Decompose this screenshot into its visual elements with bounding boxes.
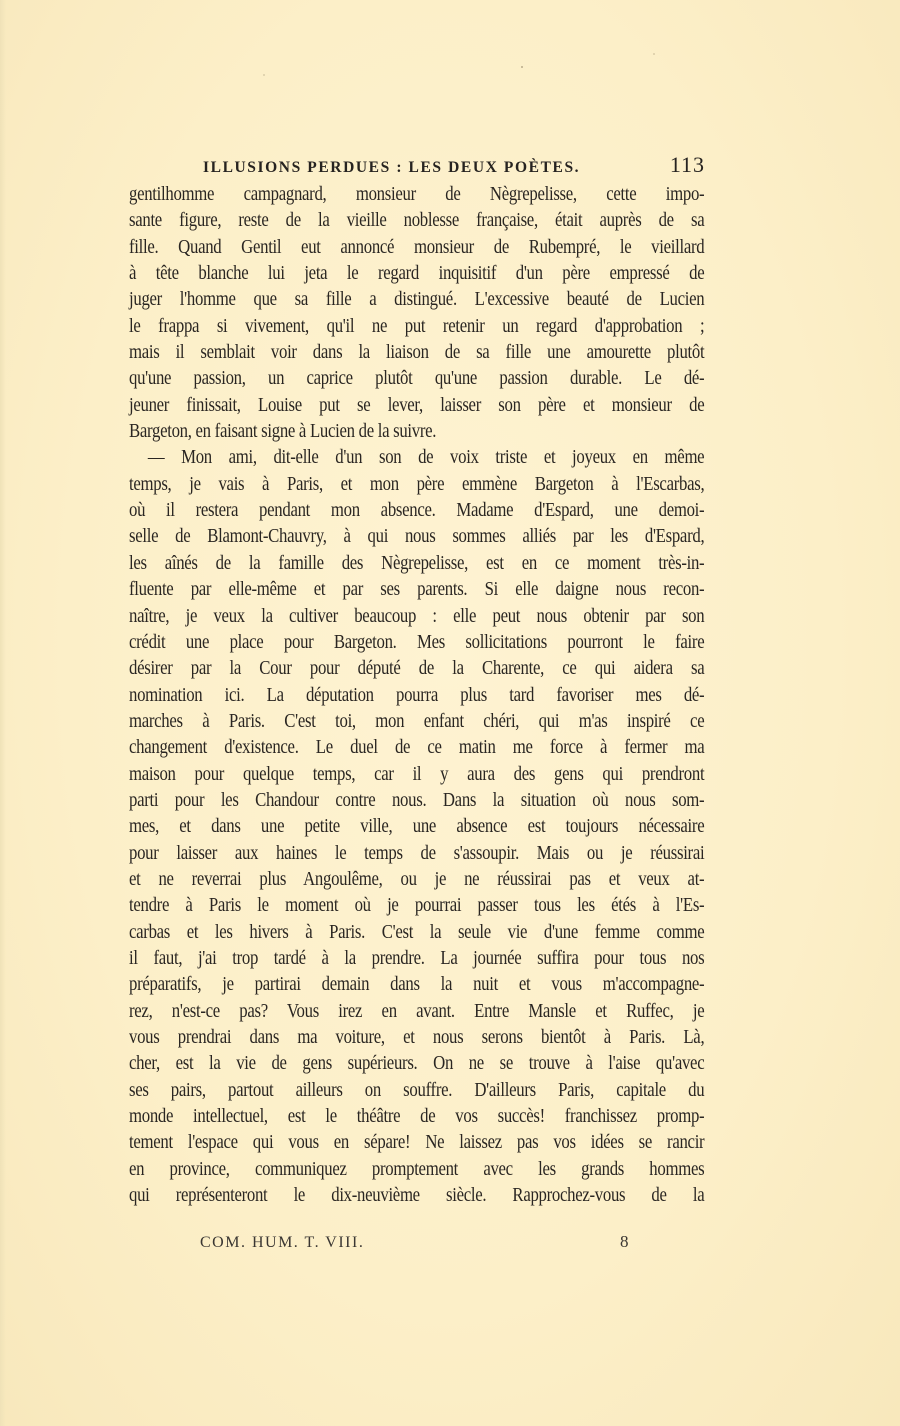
text-line: ses pairs, partout ailleurs on souffre. … bbox=[129, 1078, 704, 1104]
text-line: crédit une place pour Bargeton. Mes soll… bbox=[129, 630, 704, 656]
page-edge bbox=[0, 0, 6, 1426]
text-line: carbas et les hivers à Paris. C'est la s… bbox=[129, 920, 704, 946]
text-line: les aînés de la famille des Nègrepelisse… bbox=[129, 551, 704, 577]
text-line: changement d'existence. Le duel de ce ma… bbox=[129, 735, 704, 761]
text-line: tendre à Paris le moment où je pourrai p… bbox=[129, 893, 704, 919]
text-line: rez, n'est-ce pas? Vous irez en avant. E… bbox=[129, 999, 704, 1025]
text-line: gentilhomme campagnard, monsieur de Nègr… bbox=[129, 182, 704, 208]
text-line: juger l'homme que sa fille a distingué. … bbox=[129, 287, 704, 313]
text-line: il faut, j'ai trop tardé à la prendre. L… bbox=[129, 946, 704, 972]
body-text: gentilhomme campagnard, monsieur de Nègr… bbox=[129, 182, 705, 1209]
running-head-title: ILLUSIONS PERDUES : LES DEUX POÈTES. bbox=[203, 159, 580, 177]
text-line: où il restera pendant mon absence. Madam… bbox=[129, 498, 704, 524]
text-line: marches à Paris. C'est toi, mon enfant c… bbox=[129, 709, 704, 735]
text-line: le frappa si vivement, qu'il ne put rete… bbox=[129, 314, 704, 340]
text-line: tement l'espace qui vous en sépare! Ne l… bbox=[129, 1130, 704, 1156]
text-line: parti pour les Chandour contre nous. Dan… bbox=[129, 788, 704, 814]
text-line: fluente par elle-même et par ses parents… bbox=[129, 577, 704, 603]
text-line: fille. Quand Gentil eut annoncé monsieur… bbox=[129, 235, 704, 261]
paper-speck bbox=[521, 66, 523, 68]
page-footer: COM. HUM. T. VIII. 8 bbox=[200, 1232, 630, 1258]
text-line: maison pour quelque temps, car il y aura… bbox=[129, 762, 704, 788]
paper-speck bbox=[263, 74, 265, 76]
text-line: nomination ici. La députation pourra plu… bbox=[129, 683, 704, 709]
text-line: désirer par la Cour pour député de la Ch… bbox=[129, 656, 704, 682]
text-line: mais il semblait voir dans la liaison de… bbox=[129, 340, 704, 366]
text-line: jeuner finissait, Louise put se lever, l… bbox=[129, 393, 704, 419]
text-line: à tête blanche lui jeta le regard inquis… bbox=[129, 261, 704, 287]
text-line: pour laisser aux haines le temps de s'as… bbox=[129, 841, 704, 867]
text-line: qu'une passion, un caprice plutôt qu'une… bbox=[129, 366, 704, 392]
signature-mark: 8 bbox=[620, 1232, 630, 1252]
text-line: mes, et dans une petite ville, une absen… bbox=[129, 814, 704, 840]
volume-signature: COM. HUM. T. VIII. bbox=[200, 1234, 364, 1252]
text-line: qui représenteront le dix-neuvième siècl… bbox=[129, 1183, 704, 1209]
text-line: en province, communiquez promptement ave… bbox=[129, 1157, 704, 1183]
text-line: préparatifs, je partirai demain dans la … bbox=[129, 972, 704, 998]
text-line: et ne reverrai plus Angoulême, ou je ne … bbox=[129, 867, 704, 893]
text-line: vous prendrai dans ma voiture, et nous s… bbox=[129, 1025, 704, 1051]
text-line: monde intellectuel, est le théâtre de vo… bbox=[129, 1104, 704, 1130]
text-line: selle de Blamont-Chauvry, à qui nous som… bbox=[129, 524, 704, 550]
text-line: sante figure, reste de la vieille nobles… bbox=[129, 208, 704, 234]
text-line: — Mon ami, dit-elle d'un son de voix tri… bbox=[129, 445, 704, 471]
book-page: ILLUSIONS PERDUES : LES DEUX POÈTES. 113… bbox=[0, 0, 900, 1426]
page-number: 113 bbox=[670, 152, 705, 178]
paper-speck bbox=[653, 53, 655, 55]
running-head: ILLUSIONS PERDUES : LES DEUX POÈTES. 113 bbox=[203, 152, 705, 180]
text-line: Bargeton, en faisant signe à Lucien de l… bbox=[129, 419, 704, 445]
text-line: naître, je veux la cultiver beaucoup : e… bbox=[129, 604, 704, 630]
text-line: cher, est la vie de gens supérieurs. On … bbox=[129, 1051, 704, 1077]
text-line: temps, je vais à Paris, et mon père emmè… bbox=[129, 472, 704, 498]
